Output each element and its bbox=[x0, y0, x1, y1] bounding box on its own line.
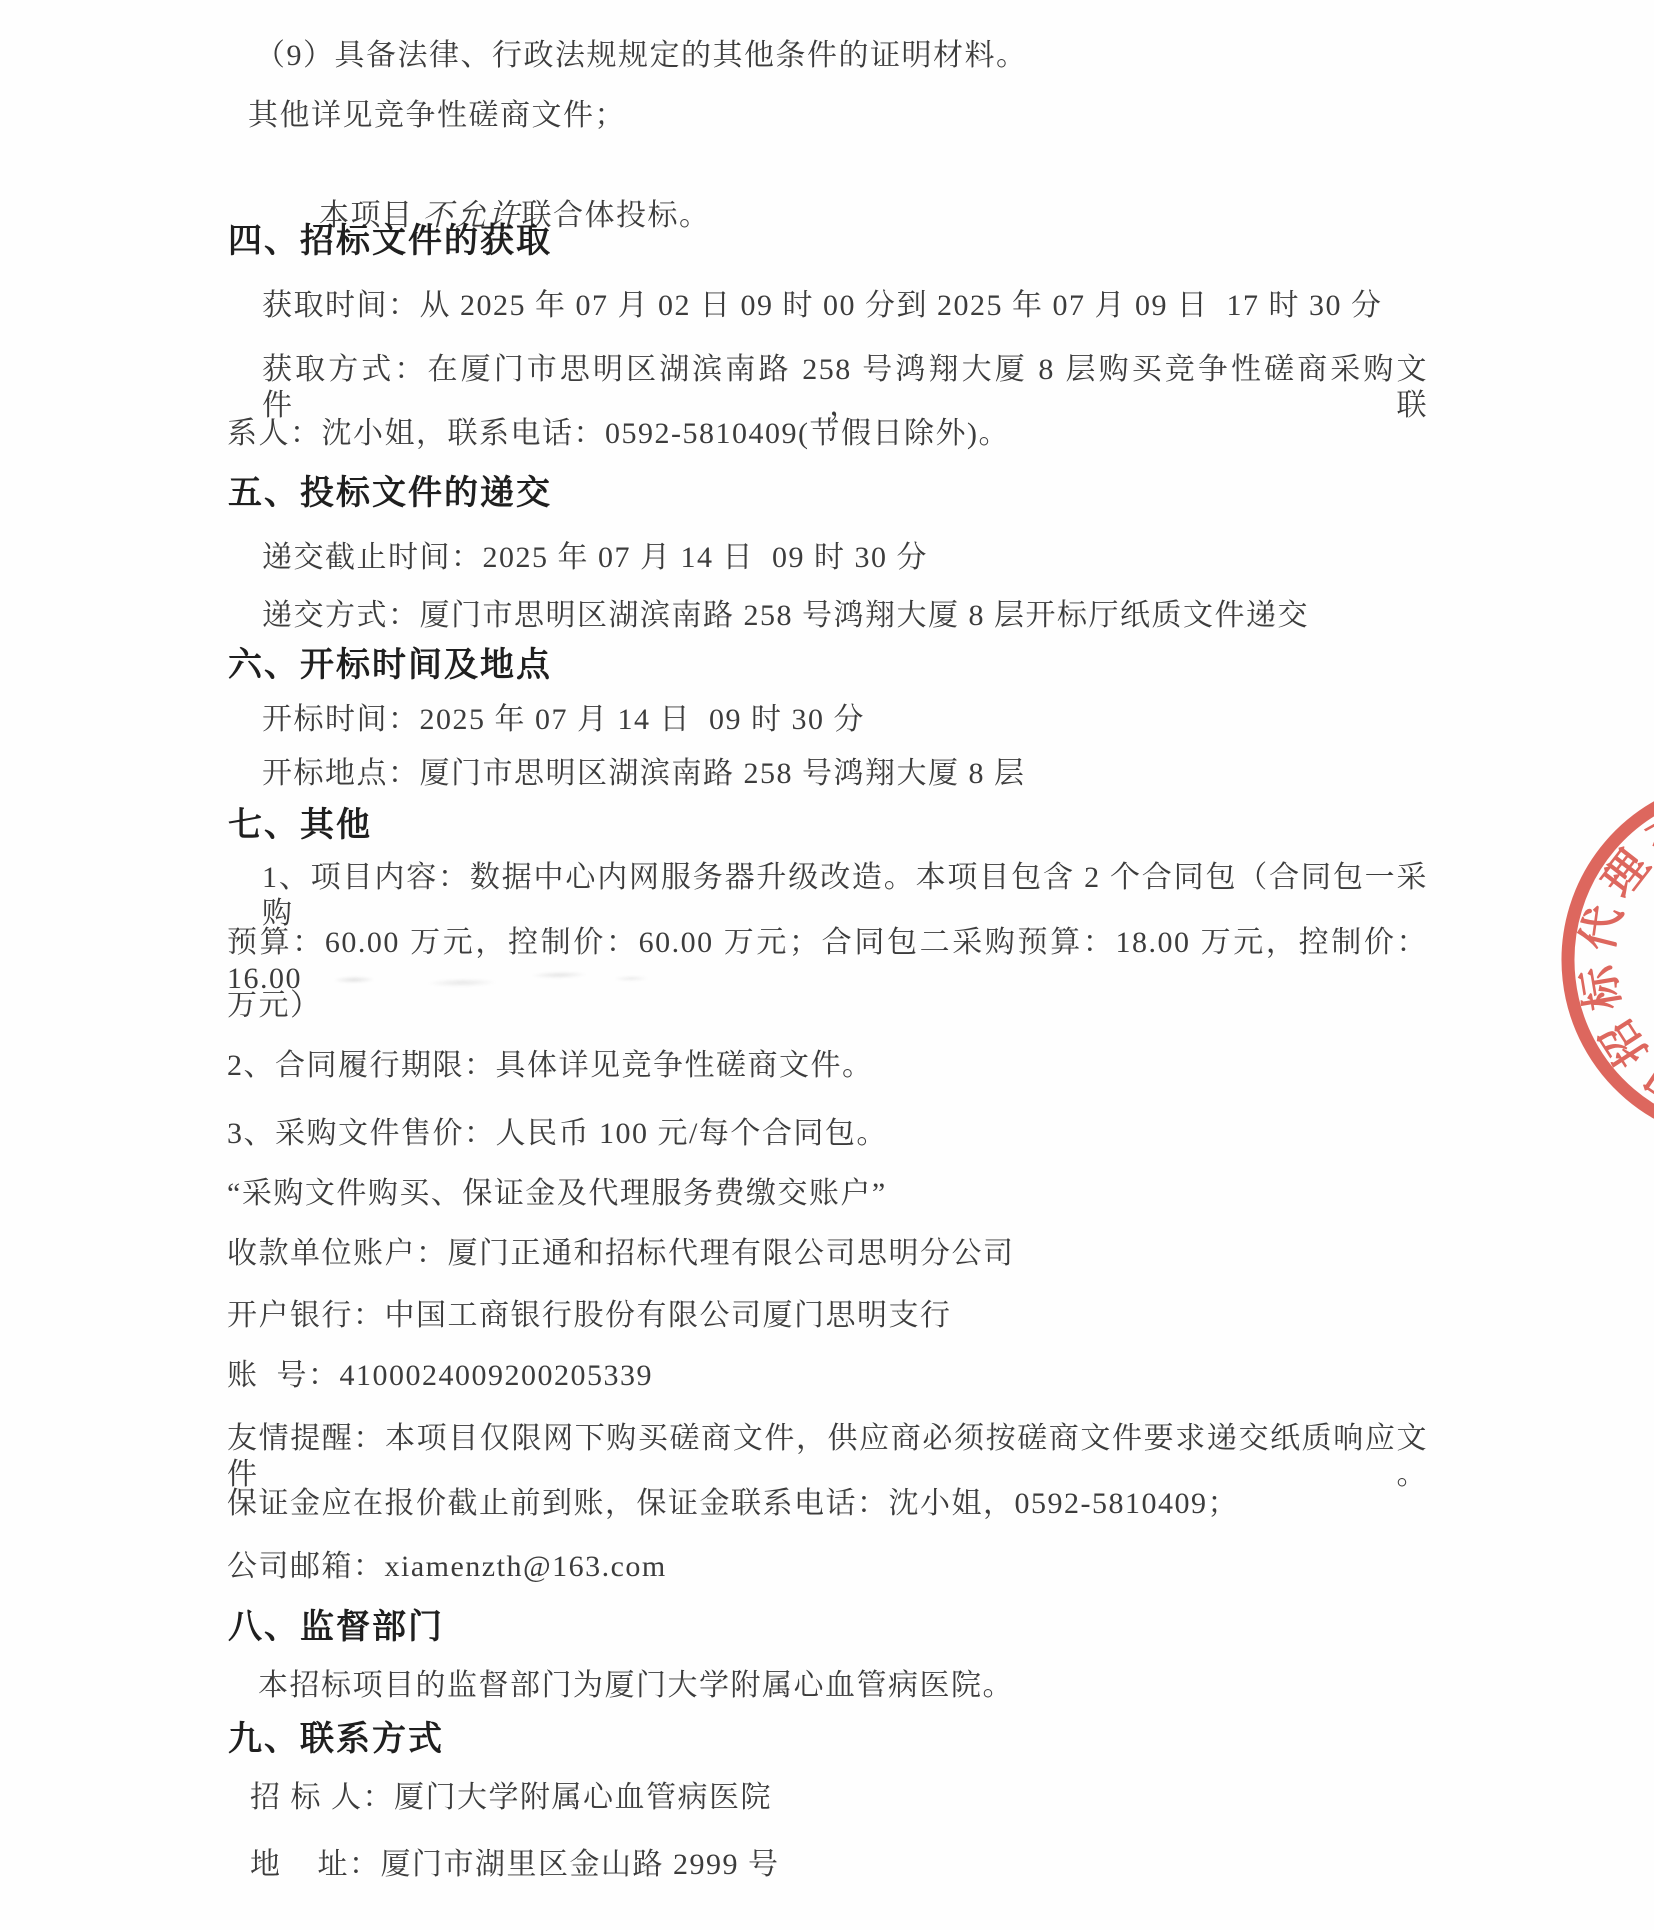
section7-item3: 3、采购文件售价：人民币 100 元/每个合同包。 bbox=[227, 1116, 888, 1152]
section4-obtain-method-line2: 系人：沈小姐，联系电话：0592-5810409(节假日除外)。 bbox=[227, 416, 1010, 452]
section7-heading: 七、其他 bbox=[228, 806, 372, 847]
intro-other-note: 其他详见竞争性磋商文件； bbox=[248, 98, 626, 134]
section4-heading: 四、招标文件的获取 bbox=[228, 222, 552, 263]
section7-company-email: 公司邮箱：xiamenzth@163.com bbox=[227, 1549, 667, 1585]
svg-text:厦门正通和招标代理有限公司: 厦门正通和招标代理有限公司 bbox=[1404, 700, 1654, 1240]
section9-heading: 九、联系方式 bbox=[228, 1720, 444, 1761]
section4-obtain-time: 获取时间：从 2025 年 07 月 02 日 09 时 00 分到 2025 … bbox=[262, 288, 1383, 324]
section7-payee: 收款单位账户：厦门正通和招标代理有限公司思明分公司 bbox=[227, 1236, 1015, 1272]
section7-item2: 2、合同履行期限：具体详见竞争性磋商文件。 bbox=[227, 1048, 874, 1084]
section7-account-title: “采购文件购买、保证金及代理服务费缴交账户” bbox=[227, 1176, 887, 1212]
section4-obtain-method-line1: 获取方式：在厦门市思明区湖滨南路 258 号鸿翔大厦 8 层购买竞争性磋商采购文… bbox=[262, 352, 1428, 424]
seal-text: 厦门正通和招标代理有限公司 bbox=[1404, 700, 1654, 1240]
section6-open-place: 开标地点：厦门市思明区湖滨南路 258 号鸿翔大厦 8 层 bbox=[262, 756, 1026, 792]
section8-heading: 八、监督部门 bbox=[228, 1608, 444, 1649]
section5-deadline: 递交截止时间：2025 年 07 月 14 日 09 时 30 分 bbox=[262, 540, 928, 576]
section7-account-number: 账 号：4100024009200205339 bbox=[227, 1358, 653, 1394]
section7-item1-line1: 1、项目内容：数据中心内网服务器升级改造。本项目包含 2 个合同包（合同包一采购 bbox=[262, 860, 1428, 932]
section7-reminder-line1: 友情提醒：本项目仅限网下购买磋商文件，供应商必须按磋商文件要求递交纸质响应文件。 bbox=[227, 1421, 1428, 1493]
section7-item1-line3: 万元） bbox=[227, 988, 322, 1024]
section9-address: 地 址：厦门市湖里区金山路 2999 号 bbox=[250, 1847, 780, 1883]
section8-supervisor: 本招标项目的监督部门为厦门大学附属心血管病医院。 bbox=[258, 1668, 1014, 1704]
intro-item9: （9）具备法律、行政法规规定的其他条件的证明材料。 bbox=[255, 38, 1028, 74]
section5-heading: 五、投标文件的递交 bbox=[228, 474, 552, 515]
section9-tenderer: 招 标 人：厦门大学附属心血管病医院 bbox=[250, 1780, 772, 1816]
section7-bank: 开户银行：中国工商银行股份有限公司厦门思明支行 bbox=[227, 1298, 952, 1334]
section6-open-time: 开标时间：2025 年 07 月 14 日 09 时 30 分 bbox=[262, 702, 865, 738]
scanned-tender-notice-page: （9）具备法律、行政法规规定的其他条件的证明材料。 其他详见竞争性磋商文件； 本… bbox=[0, 0, 1654, 1930]
section5-submit-method: 递交方式：厦门市思明区湖滨南路 258 号鸿翔大厦 8 层开标厅纸质文件递交 bbox=[262, 598, 1309, 634]
section6-heading: 六、开标时间及地点 bbox=[228, 646, 552, 687]
section7-reminder-line2: 保证金应在报价截止前到账，保证金联系电话：沈小姐，0592-5810409； bbox=[227, 1486, 1239, 1522]
red-seal-stamp: 厦门正通和招标代理有限公司 bbox=[1404, 700, 1654, 1240]
